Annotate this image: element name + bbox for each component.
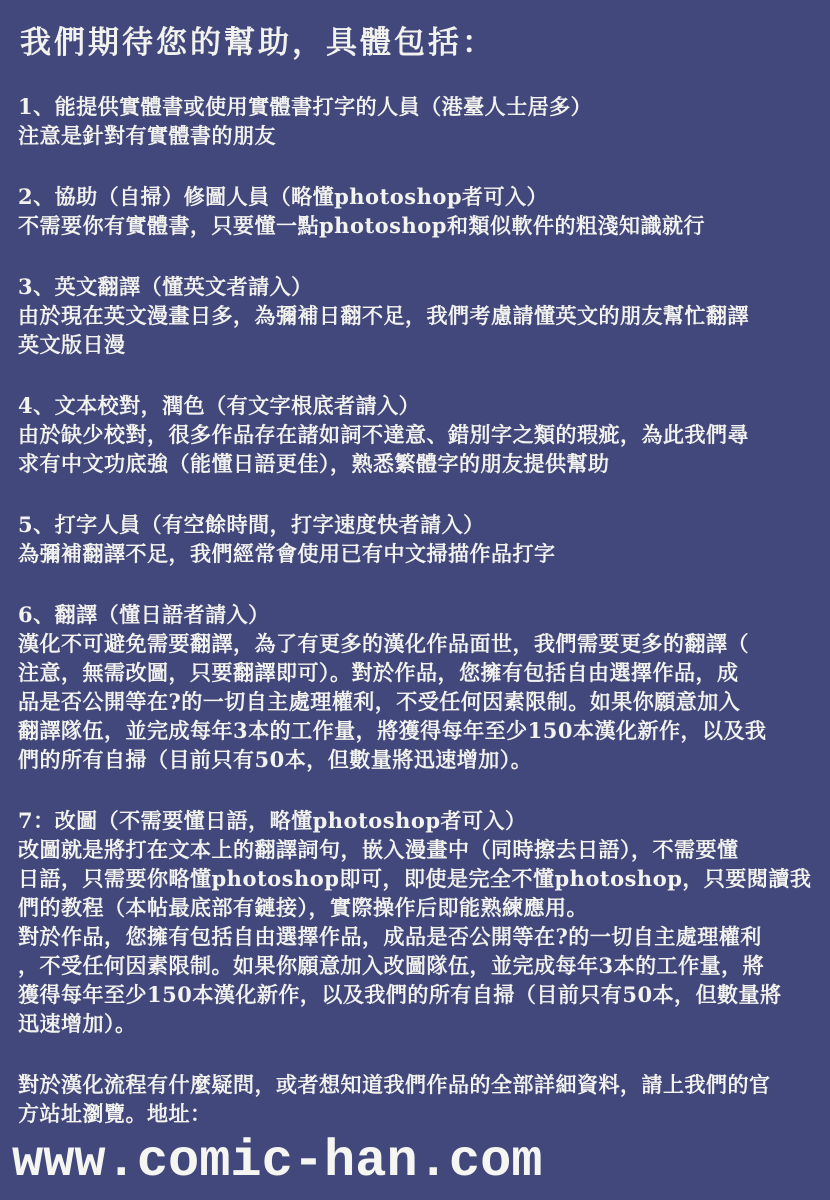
section-english-translators: 3、英文翻譯（懂英文者請入） 由於現在英文漫畫日多，為彌補日翻不足，我們考慮請懂… [18, 272, 812, 359]
section-japanese-translators: 6、翻譯（懂日語者請入） 漢化不可避免需要翻譯，為了有更多的漢化作品面世，我們需… [18, 600, 812, 774]
footer-note: 對於漢化流程有什麼疑問，或者想知道我們作品的全部詳細資料，請上我們的官 方站址瀏… [18, 1070, 812, 1128]
page-title: 我們期待您的幫助，具體包括： [20, 22, 812, 64]
section-scan-retouchers: 2、協助（自掃）修圖人員（略懂photoshop者可入） 不需要你有實體書，只要… [18, 182, 812, 240]
section-heading: 1、能提供實體書或使用實體書打字的人員（港臺人士居多） [18, 92, 812, 121]
section-body: 注意是針對有實體書的朋友 [18, 121, 812, 150]
section-typists: 5、打字人員（有空餘時間，打字速度快者請入） 為彌補翻譯不足，我們經常會使用已有… [18, 510, 812, 568]
section-image-editors: 7：改圖（不需要懂日語，略懂photoshop者可入） 改圖就是將打在文本上的翻… [18, 806, 812, 1038]
section-body: 由於缺少校對，很多作品存在諸如詞不達意、錯別字之類的瑕疵，為此我們尋 求有中文功… [18, 420, 812, 478]
section-body: 漢化不可避免需要翻譯，為了有更多的漢化作品面世，我們需要更多的翻譯（ 注意，無需… [18, 629, 812, 774]
section-physical-book-typists: 1、能提供實體書或使用實體書打字的人員（港臺人士居多） 注意是針對有實體書的朋友 [18, 92, 812, 150]
recruitment-notice-page: 我們期待您的幫助，具體包括： 1、能提供實體書或使用實體書打字的人員（港臺人士居… [0, 0, 830, 1200]
section-heading: 3、英文翻譯（懂英文者請入） [18, 272, 812, 301]
section-body: 為彌補翻譯不足，我們經常會使用已有中文掃描作品打字 [18, 539, 812, 568]
section-body: 改圖就是將打在文本上的翻譯詞句，嵌入漫畫中（同時擦去日語），不需要懂 日語，只需… [18, 835, 812, 1038]
section-heading: 6、翻譯（懂日語者請入） [18, 600, 812, 629]
section-body: 不需要你有實體書，只要懂一點photoshop和類似軟件的粗淺知識就行 [18, 211, 812, 240]
website-url: www.comic-han.com [12, 1134, 812, 1190]
section-heading: 4、文本校對，潤色（有文字根底者請入） [18, 391, 812, 420]
section-proofreaders: 4、文本校對，潤色（有文字根底者請入） 由於缺少校對，很多作品存在諸如詞不達意、… [18, 391, 812, 478]
section-heading: 5、打字人員（有空餘時間，打字速度快者請入） [18, 510, 812, 539]
section-heading: 2、協助（自掃）修圖人員（略懂photoshop者可入） [18, 182, 812, 211]
section-heading: 7：改圖（不需要懂日語，略懂photoshop者可入） [18, 806, 812, 835]
section-body: 由於現在英文漫畫日多，為彌補日翻不足，我們考慮請懂英文的朋友幫忙翻譯 英文版日漫 [18, 301, 812, 359]
